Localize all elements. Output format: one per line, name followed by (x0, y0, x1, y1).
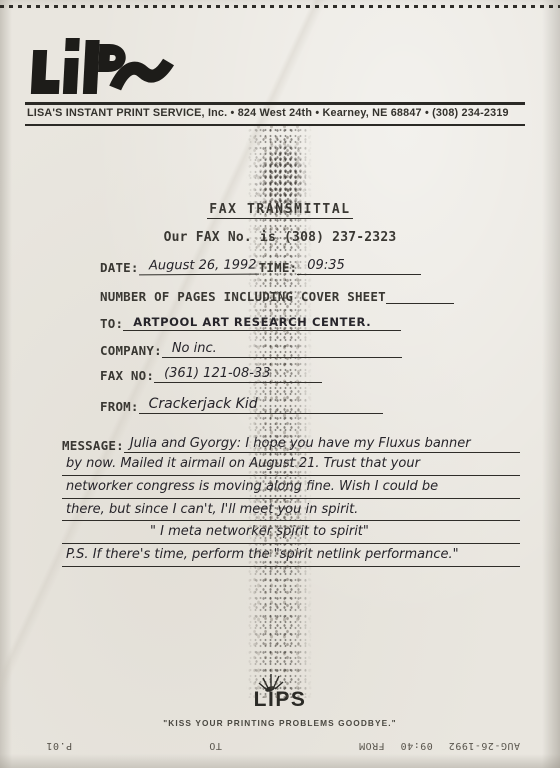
header-rule-bottom (25, 124, 525, 126)
our-fax-number-line: Our FAX No. is (308) 237-2323 (0, 230, 560, 245)
header-rule-top (25, 102, 525, 105)
message-block: MESSAGE: Julia and Gyorgy: I hope you ha… (62, 436, 520, 567)
fax-machine-stamp: AUG-26-1992 09:40 FROM TO P.01 (0, 738, 560, 754)
footer-logo: LIPS (0, 688, 560, 712)
date-label: DATE: (100, 260, 139, 275)
from-row: FROM: Crackerjack Kid (100, 396, 383, 414)
fax-no-label: FAX NO: (100, 368, 154, 383)
footer-lips-wrap: LIPS (254, 688, 307, 712)
footer-slogan: "KISS YOUR PRINTING PROBLEMS GOODBYE." (0, 718, 560, 728)
company-row: COMPANY: No inc. (100, 341, 402, 358)
lips-logo-icon (26, 34, 176, 104)
fax-transmittal-title-text: FAX TRANSMITTAL (207, 202, 352, 219)
to-label: TO: (100, 316, 123, 331)
fax-edge-perforation-line (0, 5, 560, 8)
message-line-5: " I meta networker spirit to spirit" (62, 521, 520, 544)
date-time-row: DATE: August 26, 1992 TIME: 09:35 (100, 258, 421, 275)
pages-row: NUMBER OF PAGES INCLUDING COVER SHEET (100, 289, 454, 304)
to-row: TO: ARTPOOL ART RESEARCH CENTER. (100, 315, 401, 331)
message-line-4: there, but since I can't, I'll meet you … (62, 499, 520, 522)
company-value: No inc. (162, 341, 402, 358)
from-label: FROM: (100, 399, 139, 414)
message-label: MESSAGE: (62, 438, 124, 453)
stamp-page-number: P.01 (46, 741, 72, 752)
message-line-2: by now. Mailed it airmail on August 21. … (62, 453, 520, 476)
kiss-burst-icon (256, 673, 286, 693)
pages-value (386, 302, 454, 304)
time-label: TIME: (259, 260, 298, 275)
to-value: ARTPOOL ART RESEARCH CENTER. (123, 315, 401, 331)
company-address-line: LISA'S INSTANT PRINT SERVICE, Inc. • 824… (27, 107, 537, 119)
message-line-1: Julia and Gyorgy: I hope you have my Flu… (124, 436, 520, 453)
stamp-to: TO (209, 741, 222, 752)
stamp-datetime-from: AUG-26-1992 09:40 FROM (359, 741, 520, 752)
fax-transmittal-title: FAX TRANSMITTAL (0, 201, 560, 219)
pages-label: NUMBER OF PAGES INCLUDING COVER SHEET (100, 289, 386, 304)
fax-cover-sheet: LISA'S INSTANT PRINT SERVICE, Inc. • 824… (0, 0, 560, 768)
fax-no-row: FAX NO: (361) 121-08-33 (100, 366, 322, 383)
message-line-6: P.S. If there's time, perform the "spiri… (62, 544, 520, 567)
message-line: MESSAGE: Julia and Gyorgy: I hope you ha… (62, 436, 520, 453)
time-value: 09:35 (297, 258, 421, 275)
fax-no-value: (361) 121-08-33 (154, 366, 322, 383)
message-line-3: networker congress is moving along fine.… (62, 476, 520, 499)
from-value: Crackerjack Kid (139, 396, 383, 414)
date-value: August 26, 1992 (139, 258, 259, 276)
company-label: COMPANY: (100, 343, 162, 358)
